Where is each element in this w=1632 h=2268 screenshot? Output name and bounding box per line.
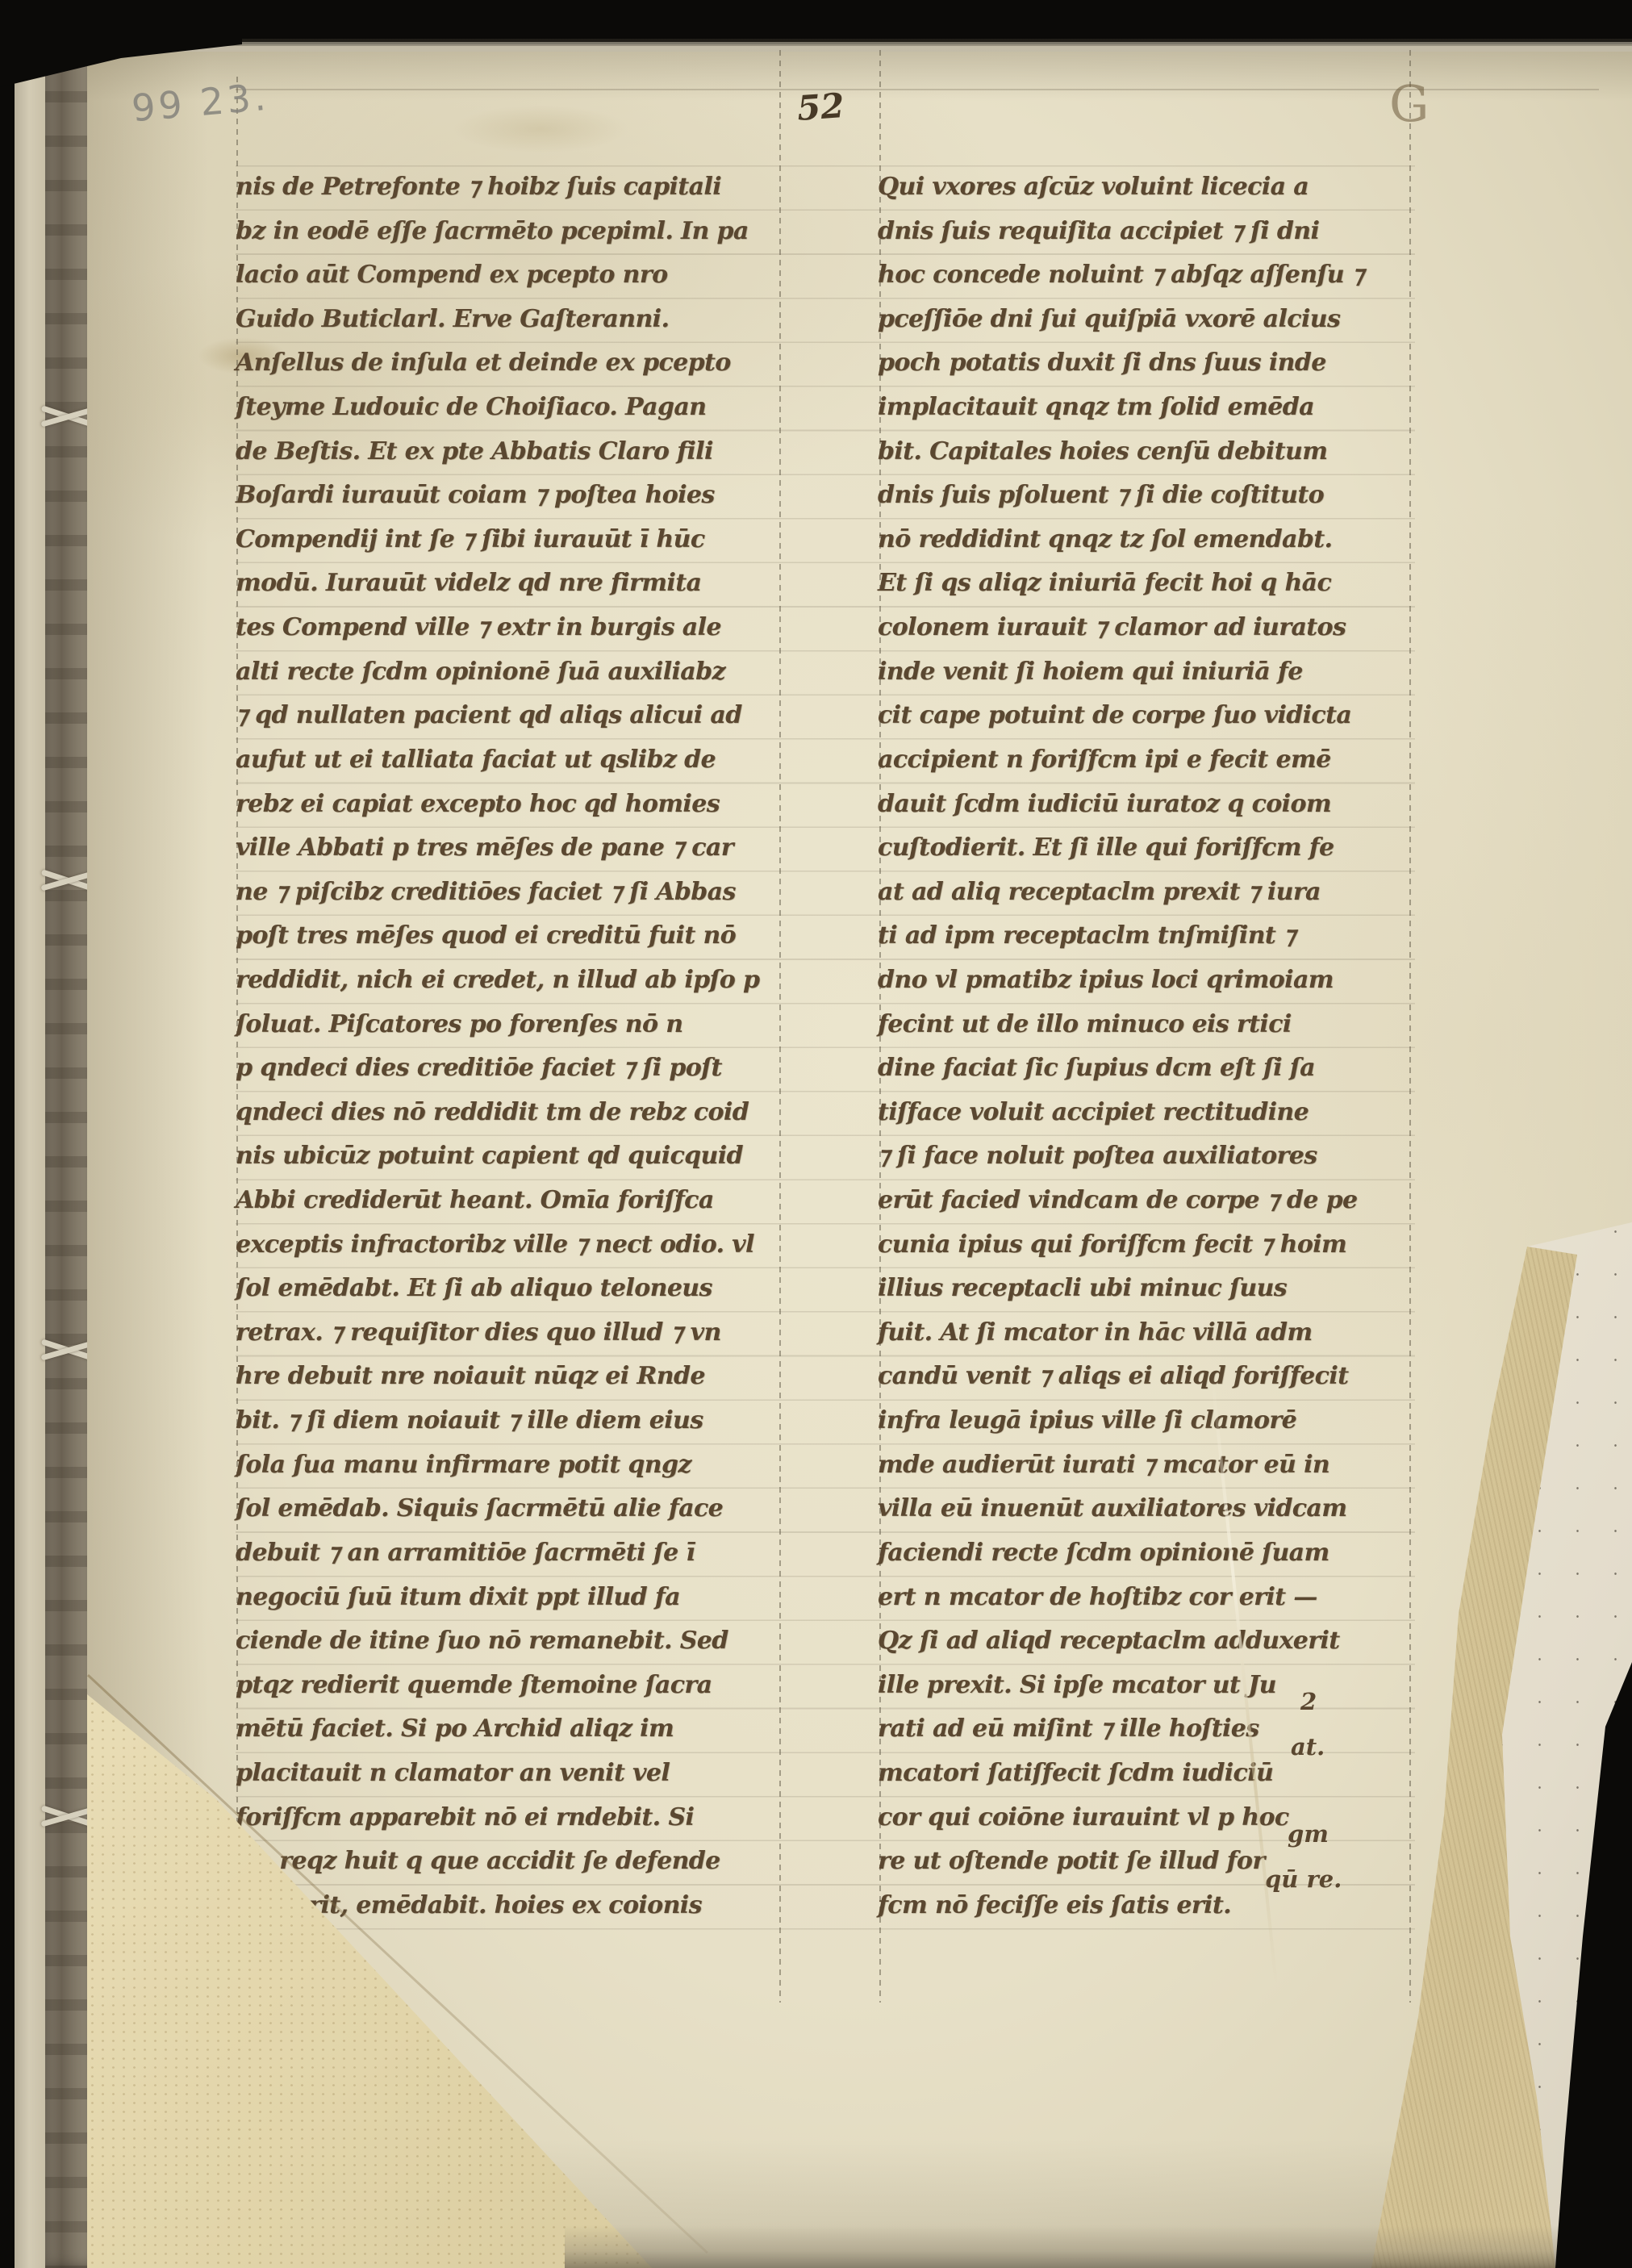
text-line: fecint ut de illo minuco eis rtici bbox=[878, 1003, 1434, 1047]
text-line: infra leugā ipius ville ſi clamorē bbox=[878, 1399, 1434, 1443]
text-line: Qui vxores aſcūz voluint licecia a bbox=[878, 165, 1434, 210]
text-line: Qz ſi ad aliqd receptaclm adduxerit bbox=[878, 1619, 1434, 1664]
text-line: pceſſiōe dni ſui quiſpiā vxorē alcius bbox=[878, 298, 1434, 342]
page-number-ink: 52 bbox=[795, 86, 845, 128]
text-line: nis ubicūz potuint capient qd quicquid bbox=[236, 1134, 792, 1179]
manuscript-scan: 99 23. 52 G nis de Petrefonte ⁊ hoibz ſu… bbox=[0, 0, 1632, 2268]
binding-spine-cord bbox=[45, 47, 92, 2268]
text-line: tiſface voluit accipiet rectitudine bbox=[878, 1091, 1434, 1135]
leaf-edges-top bbox=[87, 39, 1632, 52]
text-line: poſt tres mēſes quod ei creditū fuit nō bbox=[236, 914, 792, 959]
text-line: poch potatis duxit ſi dns ſuus inde bbox=[878, 341, 1434, 386]
text-line: ſoluat. Piſcatores po forenſes nō n bbox=[236, 1003, 792, 1047]
text-line: cuſtodierit. Et ſi ille qui foriſfcm fe bbox=[878, 826, 1434, 871]
text-line: bz in eodē eſſe ſacrmēto pcepiml. In pa bbox=[236, 210, 792, 254]
text-line: rebz ei capiat excepto hoc qd homies bbox=[236, 783, 792, 827]
text-line: Et ſi qs aliqz iniuriā fecit hoi q hāc bbox=[878, 562, 1434, 606]
text-line: hre debuit nre noiauit nūqz ei Rnde bbox=[236, 1355, 792, 1399]
text-line: placitauit n clamator an venit vel bbox=[236, 1752, 792, 1796]
text-line: retrax. ⁊ requiſitor dies quo illud ⁊ vn bbox=[236, 1311, 792, 1355]
text-line: foriſfcm apparebit nō ei rndebit. Si bbox=[236, 1796, 792, 1840]
text-line: re ut oſtende potit ſe illud for bbox=[878, 1840, 1434, 1884]
text-line: Compendij int ſe ⁊ ſibi iurauūt ī hūc bbox=[236, 518, 792, 562]
text-line: inde venit ſi hoiem qui iniuriā fe bbox=[878, 650, 1434, 695]
text-line: ert n mcator de hoſtibz cor erit — bbox=[878, 1576, 1434, 1620]
text-line: dauit ſcdm iudiciū iuratoz q coiom bbox=[878, 783, 1434, 827]
text-line: de Beſtis. Et ex pte Abbatis Claro fili bbox=[236, 430, 792, 474]
text-line: dine faciat ſic ſupius dcm eſt ſi ſa bbox=[878, 1046, 1434, 1091]
text-line: ſol emēdabt. Et ſi ab aliquo teloneus bbox=[236, 1267, 792, 1311]
text-line: ⁊ ſi face noluit poſtea auxiliatores bbox=[878, 1134, 1434, 1179]
text-line: at ad aliq receptaclm prexit ⁊ iura bbox=[878, 871, 1434, 915]
text-line: cunia ipius qui foriſfcm fecit ⁊ hoim bbox=[878, 1223, 1434, 1268]
text-line: dnis ſuis requiſita accipiet ⁊ ſi dni bbox=[878, 210, 1434, 254]
text-line: fcm nō feciſſe eis ſatis erit. bbox=[878, 1884, 1434, 1928]
text-line: mde audierūt iurati ⁊ mcator eū in bbox=[878, 1443, 1434, 1488]
text-column-left: nis de Petrefonte ⁊ hoibz ſuis capitalib… bbox=[236, 165, 792, 1928]
text-line: ille prexit. Si ipſe mcator ut Ju bbox=[878, 1664, 1434, 1708]
text-line: p qndeci dies creditiōe faciet ⁊ ſi poſt bbox=[236, 1046, 792, 1091]
leaf-edges-bottom bbox=[565, 2225, 1565, 2268]
text-line: ville Abbati p tres mēſes de pane ⁊ car bbox=[236, 826, 792, 871]
text-line: ſola ſua manu infirmare potit qngz bbox=[236, 1443, 792, 1488]
text-line: bit. ⁊ ſi diem noiauit ⁊ ille diem eius bbox=[236, 1399, 792, 1443]
text-line: debuit ⁊ an arramitiōe ſacrmēti ſe ī bbox=[236, 1531, 792, 1576]
text-line: fuit. At ſi mcator in hāc villā adm bbox=[878, 1311, 1434, 1355]
text-line: Guido Buticlarl. Erve Gaſteranni. bbox=[236, 298, 792, 342]
text-line: cor qui coiōne iurauint vl p hoc bbox=[878, 1796, 1434, 1840]
text-line: villa eū inuenūt auxiliatores vidcam bbox=[878, 1487, 1434, 1531]
text-line: dnis ſuis pſoluent ⁊ ſi die coſtituto bbox=[878, 474, 1434, 518]
text-line: nō reddidint qnqz tz ſol emendabt. bbox=[878, 518, 1434, 562]
margin-fragment: at. bbox=[1291, 1733, 1325, 1761]
quire-mark: G bbox=[1389, 74, 1430, 133]
text-line: Boſardi iurauūt coiam ⁊ poſtea hoies bbox=[236, 474, 792, 518]
text-line: ⁊ qd nullaten pacient qd aliqs alicui ad bbox=[236, 694, 792, 738]
text-line: mcatori ſatiſfecit ſcdm iudiciū bbox=[878, 1752, 1434, 1796]
text-line: implacitauit qnqz tm ſolid emēda bbox=[878, 386, 1434, 430]
text-line: Anſellus de inſula et deinde ex pcepto bbox=[236, 341, 792, 386]
text-line: cit cape potuint de corpe ſuo vidicta bbox=[878, 694, 1434, 738]
margin-fragment: gm bbox=[1288, 1820, 1329, 1848]
text-line: ſol emēdab. Siquis ſacrmētū alie face bbox=[236, 1487, 792, 1531]
text-line: faciendi recte ſcdm opinionē ſuam bbox=[878, 1531, 1434, 1576]
text-line: Abbi crediderūt heant. Omīa foriſfca bbox=[236, 1179, 792, 1223]
text-line: ſteyme Ludouic de Choiſiaco. Pagan bbox=[236, 386, 792, 430]
text-line: modū. Iurauūt videlz qd nre firmita bbox=[236, 562, 792, 606]
text-line: erūt facied vindcam de corpe ⁊ de pe bbox=[878, 1179, 1434, 1223]
text-line: illius receptacli ubi minuc ſuus bbox=[878, 1267, 1434, 1311]
text-line: reddidit, nich ei credet, n illud ab ipſ… bbox=[236, 959, 792, 1003]
text-line: tm reqz huit q que accidit ſe defende bbox=[236, 1840, 792, 1884]
text-line: candū venit ⁊ aliqs ei aliqd foriſfecit bbox=[878, 1355, 1434, 1399]
text-line: rati ad eū miſint ⁊ ille hoſties bbox=[878, 1707, 1434, 1752]
text-line: aufut ut ei talliata faciat ut qslibz de bbox=[236, 738, 792, 783]
text-line: nis de Petrefonte ⁊ hoibz ſuis capitali bbox=[236, 165, 792, 210]
text-line: ptqz redierit quemde ſtemoine ſacra bbox=[236, 1664, 792, 1708]
text-line: bit. Capitales hoies cenſū debitum bbox=[878, 430, 1434, 474]
text-column-right: Qui vxores aſcūz voluint licecia adnis ſ… bbox=[878, 165, 1434, 1928]
text-line: exceptis infractoribz ville ⁊ nect odio.… bbox=[236, 1223, 792, 1268]
text-line: alti recte ſcdm opinionē ſuā auxiliabz bbox=[236, 650, 792, 695]
text-line: ne ⁊ piſcibz creditiōes faciet ⁊ ſi Abba… bbox=[236, 871, 792, 915]
text-line: dno vl pmatibz ipius loci qrimoiam bbox=[878, 959, 1434, 1003]
stain bbox=[452, 105, 629, 153]
text-line: ciende de itine ſuo nō remanebit. Sed bbox=[236, 1619, 792, 1664]
text-line: qndeci dies nō reddidit tm de rebz coid bbox=[236, 1091, 792, 1135]
text-line: hoc concede noluint ⁊ abſqz aſſenſu ⁊ bbox=[878, 253, 1434, 298]
text-line: mētū faciet. Si po Archid aliqz im bbox=[236, 1707, 792, 1752]
text-line: lacio aūt Compend ex pcepto nro bbox=[236, 253, 792, 298]
text-line: negociū ſuū itum dixit ppt illud fa bbox=[236, 1576, 792, 1620]
text-line: colonem iurauit ⁊ clamor ad iuratos bbox=[878, 606, 1434, 650]
text-line: tes Compend ville ⁊ extr in burgis ale bbox=[236, 606, 792, 650]
text-line: accipient n foriſfcm ipi e fecit emē bbox=[878, 738, 1434, 783]
margin-fragment: 2 bbox=[1300, 1688, 1317, 1715]
margin-fragment: qū re. bbox=[1265, 1865, 1342, 1893]
text-line: ti ad ipm receptaclm tnſmiſint ⁊ bbox=[878, 914, 1434, 959]
